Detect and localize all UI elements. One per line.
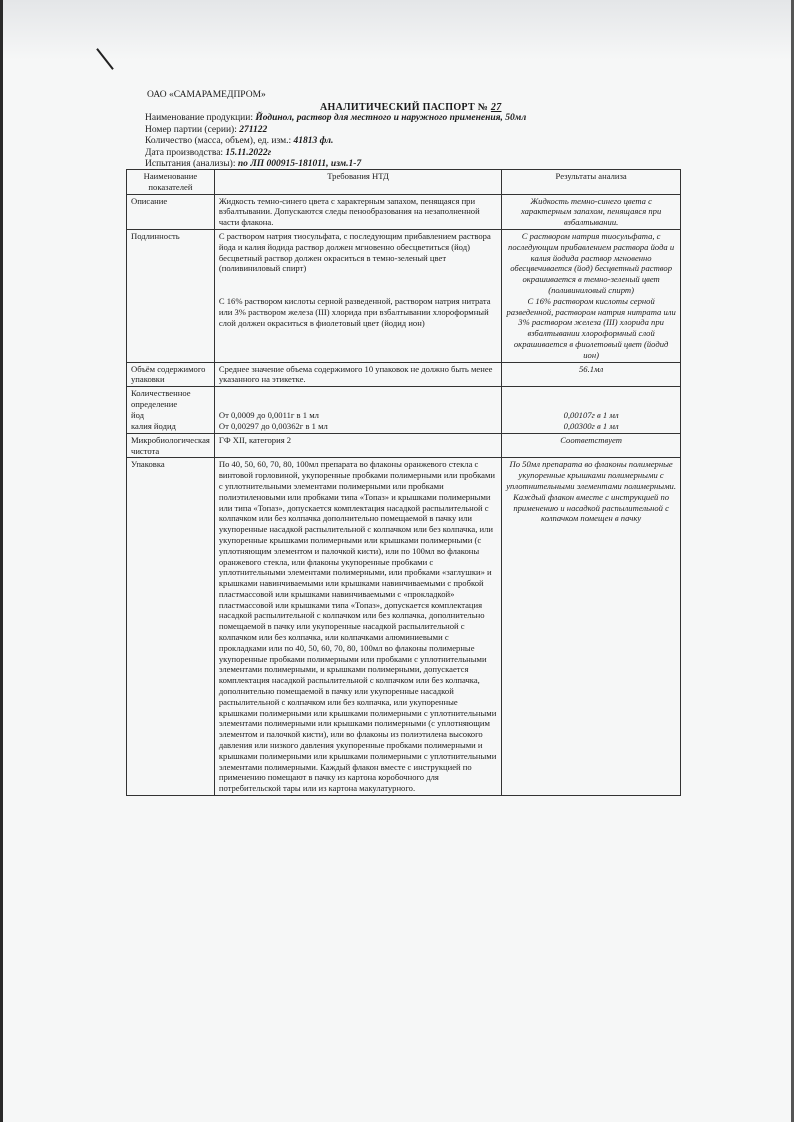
table-header-row: Наименование показателей Требования НТД …: [127, 170, 681, 195]
scan-edge-left: [0, 0, 3, 1122]
assay-title: Количественное определение: [131, 388, 210, 410]
header-results: Результаты анализа: [502, 170, 681, 195]
tests-value: по ЛП 000915-181011, изм.1-7: [238, 159, 361, 169]
row-result: С раствором натрия тиосульфата, с послед…: [502, 229, 681, 362]
meta-date: Дата производства: 15.11.2022г: [145, 148, 526, 160]
quantity-value: 41813 фл.: [293, 136, 333, 146]
date-label: Дата производства:: [145, 148, 223, 158]
tests-label: Испытания (анализы):: [145, 159, 235, 169]
row-name: Микробиологическая чистота: [127, 433, 215, 458]
assay-iodine-name: йод: [131, 410, 210, 421]
table-row: Микробиологическая чистота ГФ XII, катег…: [127, 433, 681, 458]
row-requirement: По 40, 50, 60, 70, 80, 100мл препарата в…: [214, 458, 501, 796]
row-result: По 50мл препарата во флаконы полимерные …: [502, 458, 681, 796]
quantity-label: Количество (масса, объем), ед. изм.:: [145, 136, 291, 146]
assay-ki-name: калия йодид: [131, 421, 210, 432]
header-indicator: Наименование показателей: [127, 170, 215, 195]
row-result: Соответствует: [502, 433, 681, 458]
row-requirement: Жидкость темно-синего цвета с характерны…: [214, 194, 501, 229]
table-row: Количественное определение йод калия йод…: [127, 387, 681, 434]
row-name: Подлинность: [127, 229, 215, 362]
passport-meta: Наименование продукции: Йодинол, раствор…: [145, 113, 526, 171]
requirement-part-2: С 16% раствором кислоты серной разведенн…: [219, 296, 497, 328]
row-result: 0,00107г в 1 мл 0,00300г в 1 мл: [502, 387, 681, 434]
row-requirement: ГФ XII, категория 2: [214, 433, 501, 458]
row-requirement: От 0,0009 до 0,0011г в 1 мл От 0,00297 д…: [214, 387, 501, 434]
header-requirements: Требования НТД: [214, 170, 501, 195]
assay-iodine-requirement: От 0,0009 до 0,0011г в 1 мл: [219, 410, 497, 421]
result-part-1: С раствором натрия тиосульфата, с послед…: [506, 231, 676, 296]
table-row: Объём содержимого упаковки Среднее значе…: [127, 362, 681, 387]
meta-quantity: Количество (масса, объем), ед. изм.: 418…: [145, 136, 526, 148]
document-title: АНАЛИТИЧЕСКИЙ ПАСПОРТ № 27: [320, 102, 502, 113]
row-name: Упаковка: [127, 458, 215, 796]
meta-batch: Номер партии (серии): 271122: [145, 125, 526, 137]
row-name: Количественное определение йод калия йод…: [127, 387, 215, 434]
batch-label: Номер партии (серии):: [145, 125, 237, 135]
row-name: Объём содержимого упаковки: [127, 362, 215, 387]
requirement-part-1: С раствором натрия тиосульфата, с послед…: [219, 231, 497, 274]
analysis-table: Наименование показателей Требования НТД …: [126, 169, 681, 796]
table-row: Упаковка По 40, 50, 60, 70, 80, 100мл пр…: [127, 458, 681, 796]
row-requirement: С раствором натрия тиосульфата, с послед…: [214, 229, 501, 362]
table-row: Подлинность С раствором натрия тиосульфа…: [127, 229, 681, 362]
row-result: Жидкость темно-синего цвета с характерны…: [502, 194, 681, 229]
product-value: Йодинол, раствор для местного и наружног…: [255, 113, 526, 123]
title-text: АНАЛИТИЧЕСКИЙ ПАСПОРТ №: [320, 102, 488, 113]
batch-value: 271122: [239, 125, 267, 135]
scan-shading: [0, 0, 794, 60]
row-requirement: Среднее значение объема содержимого 10 у…: [214, 362, 501, 387]
organization-name: ОАО «САМАРАМЕДПРОМ»: [147, 90, 266, 100]
row-name: Описание: [127, 194, 215, 229]
date-value: 15.11.2022г: [225, 148, 271, 158]
assay-iodine-result: 0,00107г в 1 мл: [506, 410, 676, 421]
passport-number: 27: [491, 102, 502, 113]
assay-ki-result: 0,00300г в 1 мл: [506, 421, 676, 432]
table-row: Описание Жидкость темно-синего цвета с х…: [127, 194, 681, 229]
row-result: 56.1мл: [502, 362, 681, 387]
result-part-2: С 16% раствором кислоты серной разведенн…: [506, 296, 676, 361]
product-label: Наименование продукции:: [145, 113, 253, 123]
meta-product: Наименование продукции: Йодинол, раствор…: [145, 113, 526, 125]
assay-ki-requirement: От 0,00297 до 0,00362г в 1 мл: [219, 421, 497, 432]
